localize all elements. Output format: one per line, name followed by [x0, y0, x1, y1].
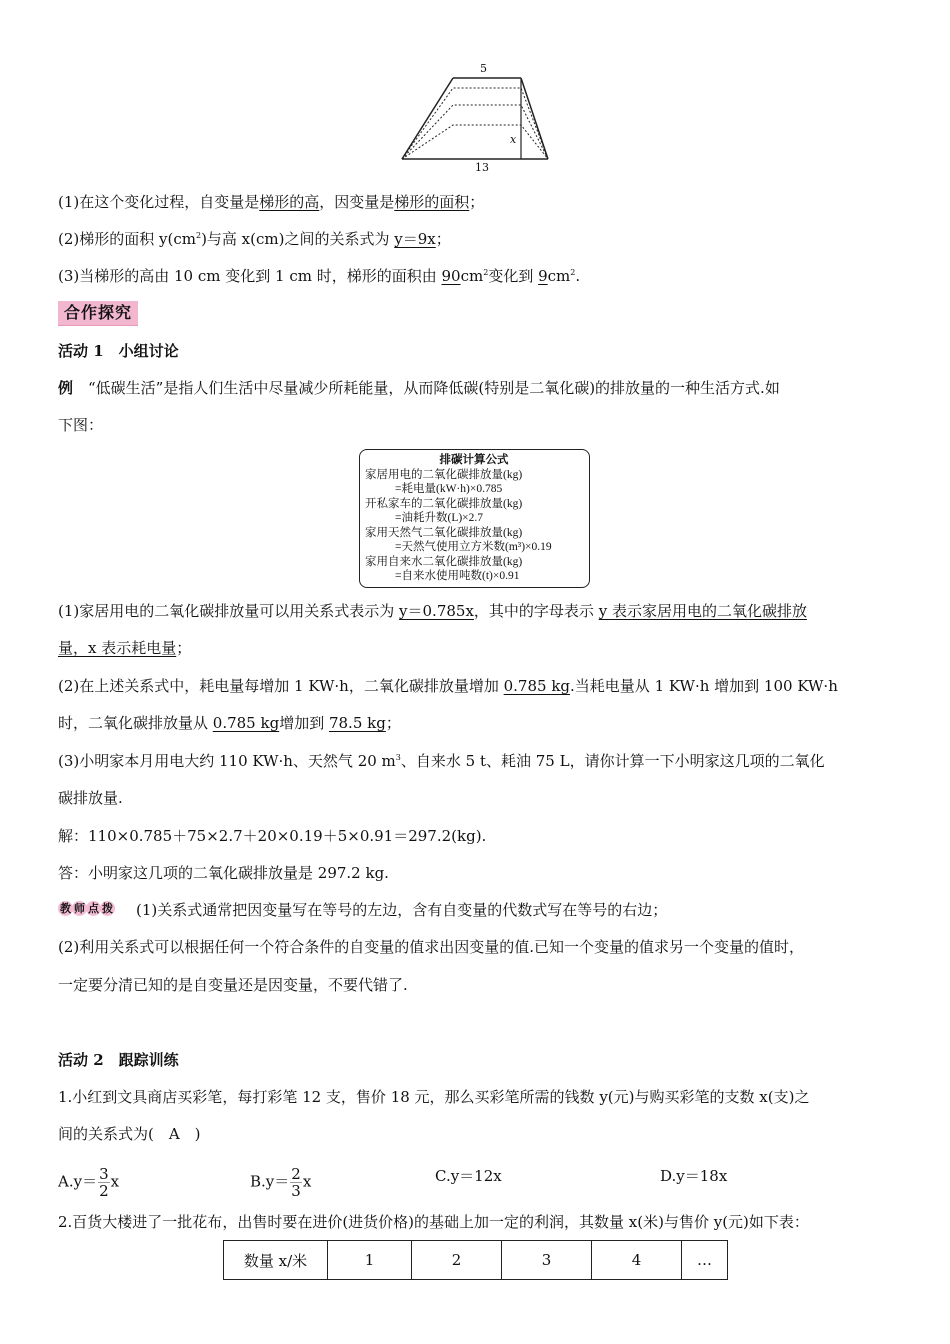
- text: )与高 x(cm)之间的关系式为: [201, 230, 394, 248]
- answer-blank: 9: [538, 267, 548, 285]
- section-tag-cooperative-inquiry: 合作探究: [58, 301, 138, 326]
- text: ；: [176, 639, 191, 657]
- text: x: [111, 1173, 119, 1191]
- option-label: B.y＝: [250, 1173, 289, 1191]
- text: (2)梯形的面积 y(cm: [58, 230, 196, 248]
- text: x: [303, 1173, 311, 1191]
- activity2-title: 活动 2 跟踪训练: [58, 1050, 179, 1070]
- option-a: A.y＝32x: [58, 1166, 119, 1199]
- activity2-q1-line1: 1.小红到文具商店买彩笔，每打彩笔 12 支，售价 18 元，那么买彩笔所需的钱…: [58, 1087, 809, 1107]
- table-header-cell: 数量 x/米: [224, 1241, 328, 1280]
- formula-line: 家居用电的二氧化碳排放量(kg): [365, 468, 589, 483]
- example-line-2: 下图：: [58, 415, 103, 435]
- top-base-label: 5: [480, 62, 487, 75]
- trapezoid-figure: 5 13 x: [395, 60, 560, 178]
- option-d: D.y＝18x: [660, 1166, 727, 1186]
- activity1-q1-line2: 量，x 表示耗电量；: [58, 638, 191, 658]
- activity1-q3-line1: (3)小明家本月用电大约 110 KW·h、天然气 20 m3、自来水 5 t、…: [58, 751, 825, 771]
- text: (1)家居用电的二氧化碳排放量可以用关系式表示为: [58, 602, 399, 620]
- text: ，因变量是: [319, 193, 394, 211]
- text: (3)当梯形的高由 10 cm 变化到 1 cm 时，梯形的面积由: [58, 267, 442, 285]
- unit: cm: [461, 267, 484, 285]
- text: (1)在这个变化过程，自变量是: [58, 193, 259, 211]
- text: “低碳生活”是指人们生活中尽量减少所耗能量，从而降低碳(特别是二氧化碳)的排放量…: [73, 379, 780, 397]
- text: (2)在上述关系式中，耗电量每增加 1 KW·h，二氧化碳排放量增加: [58, 677, 504, 695]
- option-c: C.y＝12x: [435, 1166, 502, 1186]
- text: 、自来水 5 t、耗油 75 L，请你计算一下小明家这几项的二氧化: [401, 752, 825, 770]
- activity1-q1-line1: (1)家居用电的二氧化碳排放量可以用关系式表示为 y＝0.785x，其中的字母表…: [58, 601, 807, 621]
- fraction: 23: [290, 1166, 302, 1199]
- answer-blank: 78.5 kg: [329, 714, 386, 732]
- table-cell: 3: [502, 1241, 592, 1280]
- numerator: 2: [290, 1166, 302, 1183]
- answer-blank: 量，x 表示耗电量: [58, 639, 176, 657]
- numerator: 3: [98, 1166, 110, 1183]
- text: ；: [469, 193, 484, 211]
- badge-char: 教: [58, 901, 73, 916]
- text: ；: [386, 714, 401, 732]
- formula-box-title: 排碳计算公式: [365, 453, 589, 468]
- carbon-formula-box: 排碳计算公式 家居用电的二氧化碳排放量(kg) =耗电量(kW·h)×0.785…: [359, 449, 590, 588]
- answer-blank: 0.785 kg: [504, 677, 570, 695]
- denominator: 3: [290, 1183, 302, 1199]
- teacher-tip-line-1: (1)关系式通常把因变量写在等号的左边，含有自变量的代数式写在等号的右边；: [136, 900, 667, 920]
- formula-line: =自来水使用吨数(t)×0.91: [365, 569, 589, 584]
- height-label: x: [510, 133, 516, 146]
- fraction: 32: [98, 1166, 110, 1199]
- formula-line: 家用天然气二氧化碳排放量(kg): [365, 526, 589, 541]
- formula-line: 家用自来水二氧化碳排放量(kg): [365, 555, 589, 570]
- formula-line: 开私家车的二氧化碳排放量(kg): [365, 497, 589, 512]
- bottom-base-label: 13: [475, 161, 489, 174]
- answer-blank: 梯形的高: [259, 193, 319, 211]
- badge-char: 拨: [100, 901, 115, 916]
- table-cell: …: [682, 1241, 728, 1280]
- answer-blank: 0.785 kg: [213, 714, 279, 732]
- solution-line: 解：110×0.785＋75×2.7＋20×0.19＋5×0.91＝297.2(…: [58, 826, 486, 846]
- unit: cm: [548, 267, 571, 285]
- formula-line: =天然气使用立方米数(m³)×0.19: [365, 540, 589, 555]
- badge-char: 点: [86, 901, 101, 916]
- activity1-title: 活动 1 小组讨论: [58, 341, 179, 361]
- part1-question-2: (2)梯形的面积 y(cm2)与高 x(cm)之间的关系式为 y＝9x；: [58, 229, 451, 249]
- teacher-tip-line-3: 一定要分清已知的是自变量还是因变量，不要代错了.: [58, 975, 408, 995]
- answer-blank: y＝0.785x: [399, 602, 474, 620]
- answer-blank: y 表示家居用电的二氧化碳排放: [599, 602, 807, 620]
- activity1-q2-line2: 时，二氧化碳排放量从 0.785 kg增加到 78.5 kg；: [58, 713, 401, 733]
- text: 时，二氧化碳排放量从: [58, 714, 213, 732]
- text: 增加到: [279, 714, 329, 732]
- formula-line: =油耗升数(L)×2.7: [365, 511, 589, 526]
- answer-blank: 梯形的面积: [394, 193, 469, 211]
- text: .当耗电量从 1 KW·h 增加到 100 KW·h: [570, 677, 838, 695]
- table-row: 数量 x/米 1 2 3 4 …: [224, 1241, 728, 1280]
- activity1-q2-line1: (2)在上述关系式中，耗电量每增加 1 KW·h，二氧化碳排放量增加 0.785…: [58, 676, 838, 696]
- option-label: A.y＝: [58, 1173, 97, 1191]
- part1-question-1: (1)在这个变化过程，自变量是梯形的高，因变量是梯形的面积；: [58, 192, 484, 212]
- example-label: 例: [58, 379, 73, 397]
- text: ，其中的字母表示: [474, 602, 599, 620]
- badge-char: 师: [72, 901, 87, 916]
- answer-blank: y＝9x: [394, 230, 435, 248]
- quantity-table: 数量 x/米 1 2 3 4 …: [223, 1240, 728, 1280]
- example-line-1: 例 “低碳生活”是指人们生活中尽量减少所耗能量，从而降低碳(特别是二氧化碳)的排…: [58, 378, 780, 398]
- table-cell: 1: [328, 1241, 412, 1280]
- text: ；: [436, 230, 451, 248]
- text: (3)小明家本月用电大约 110 KW·h、天然气 20 m: [58, 752, 396, 770]
- formula-line: =耗电量(kW·h)×0.785: [365, 482, 589, 497]
- answer-line: 答：小明家这几项的二氧化碳排放量是 297.2 kg.: [58, 863, 389, 883]
- option-b: B.y＝23x: [250, 1166, 311, 1199]
- denominator: 2: [98, 1183, 110, 1199]
- part1-question-3: (3)当梯形的高由 10 cm 变化到 1 cm 时，梯形的面积由 90cm2变…: [58, 266, 580, 286]
- activity1-q3-line2: 碳排放量.: [58, 788, 123, 808]
- answer-blank: 90: [442, 267, 461, 285]
- table-cell: 2: [412, 1241, 502, 1280]
- teacher-tip-line-2: (2)利用关系式可以根据任何一个符合条件的自变量的值求出因变量的值.已知一个变量…: [58, 937, 804, 957]
- text: .: [575, 267, 580, 285]
- activity2-q2-text: 2.百货大楼进了一批花布，出售时要在进价(进货价格)的基础上加一定的利润，其数量…: [58, 1212, 809, 1232]
- table-cell: 4: [592, 1241, 682, 1280]
- teacher-tip-badge: 教 师 点 拨: [58, 901, 114, 916]
- activity2-q1-line2: 间的关系式为( A ): [58, 1124, 201, 1144]
- text: 变化到: [488, 267, 538, 285]
